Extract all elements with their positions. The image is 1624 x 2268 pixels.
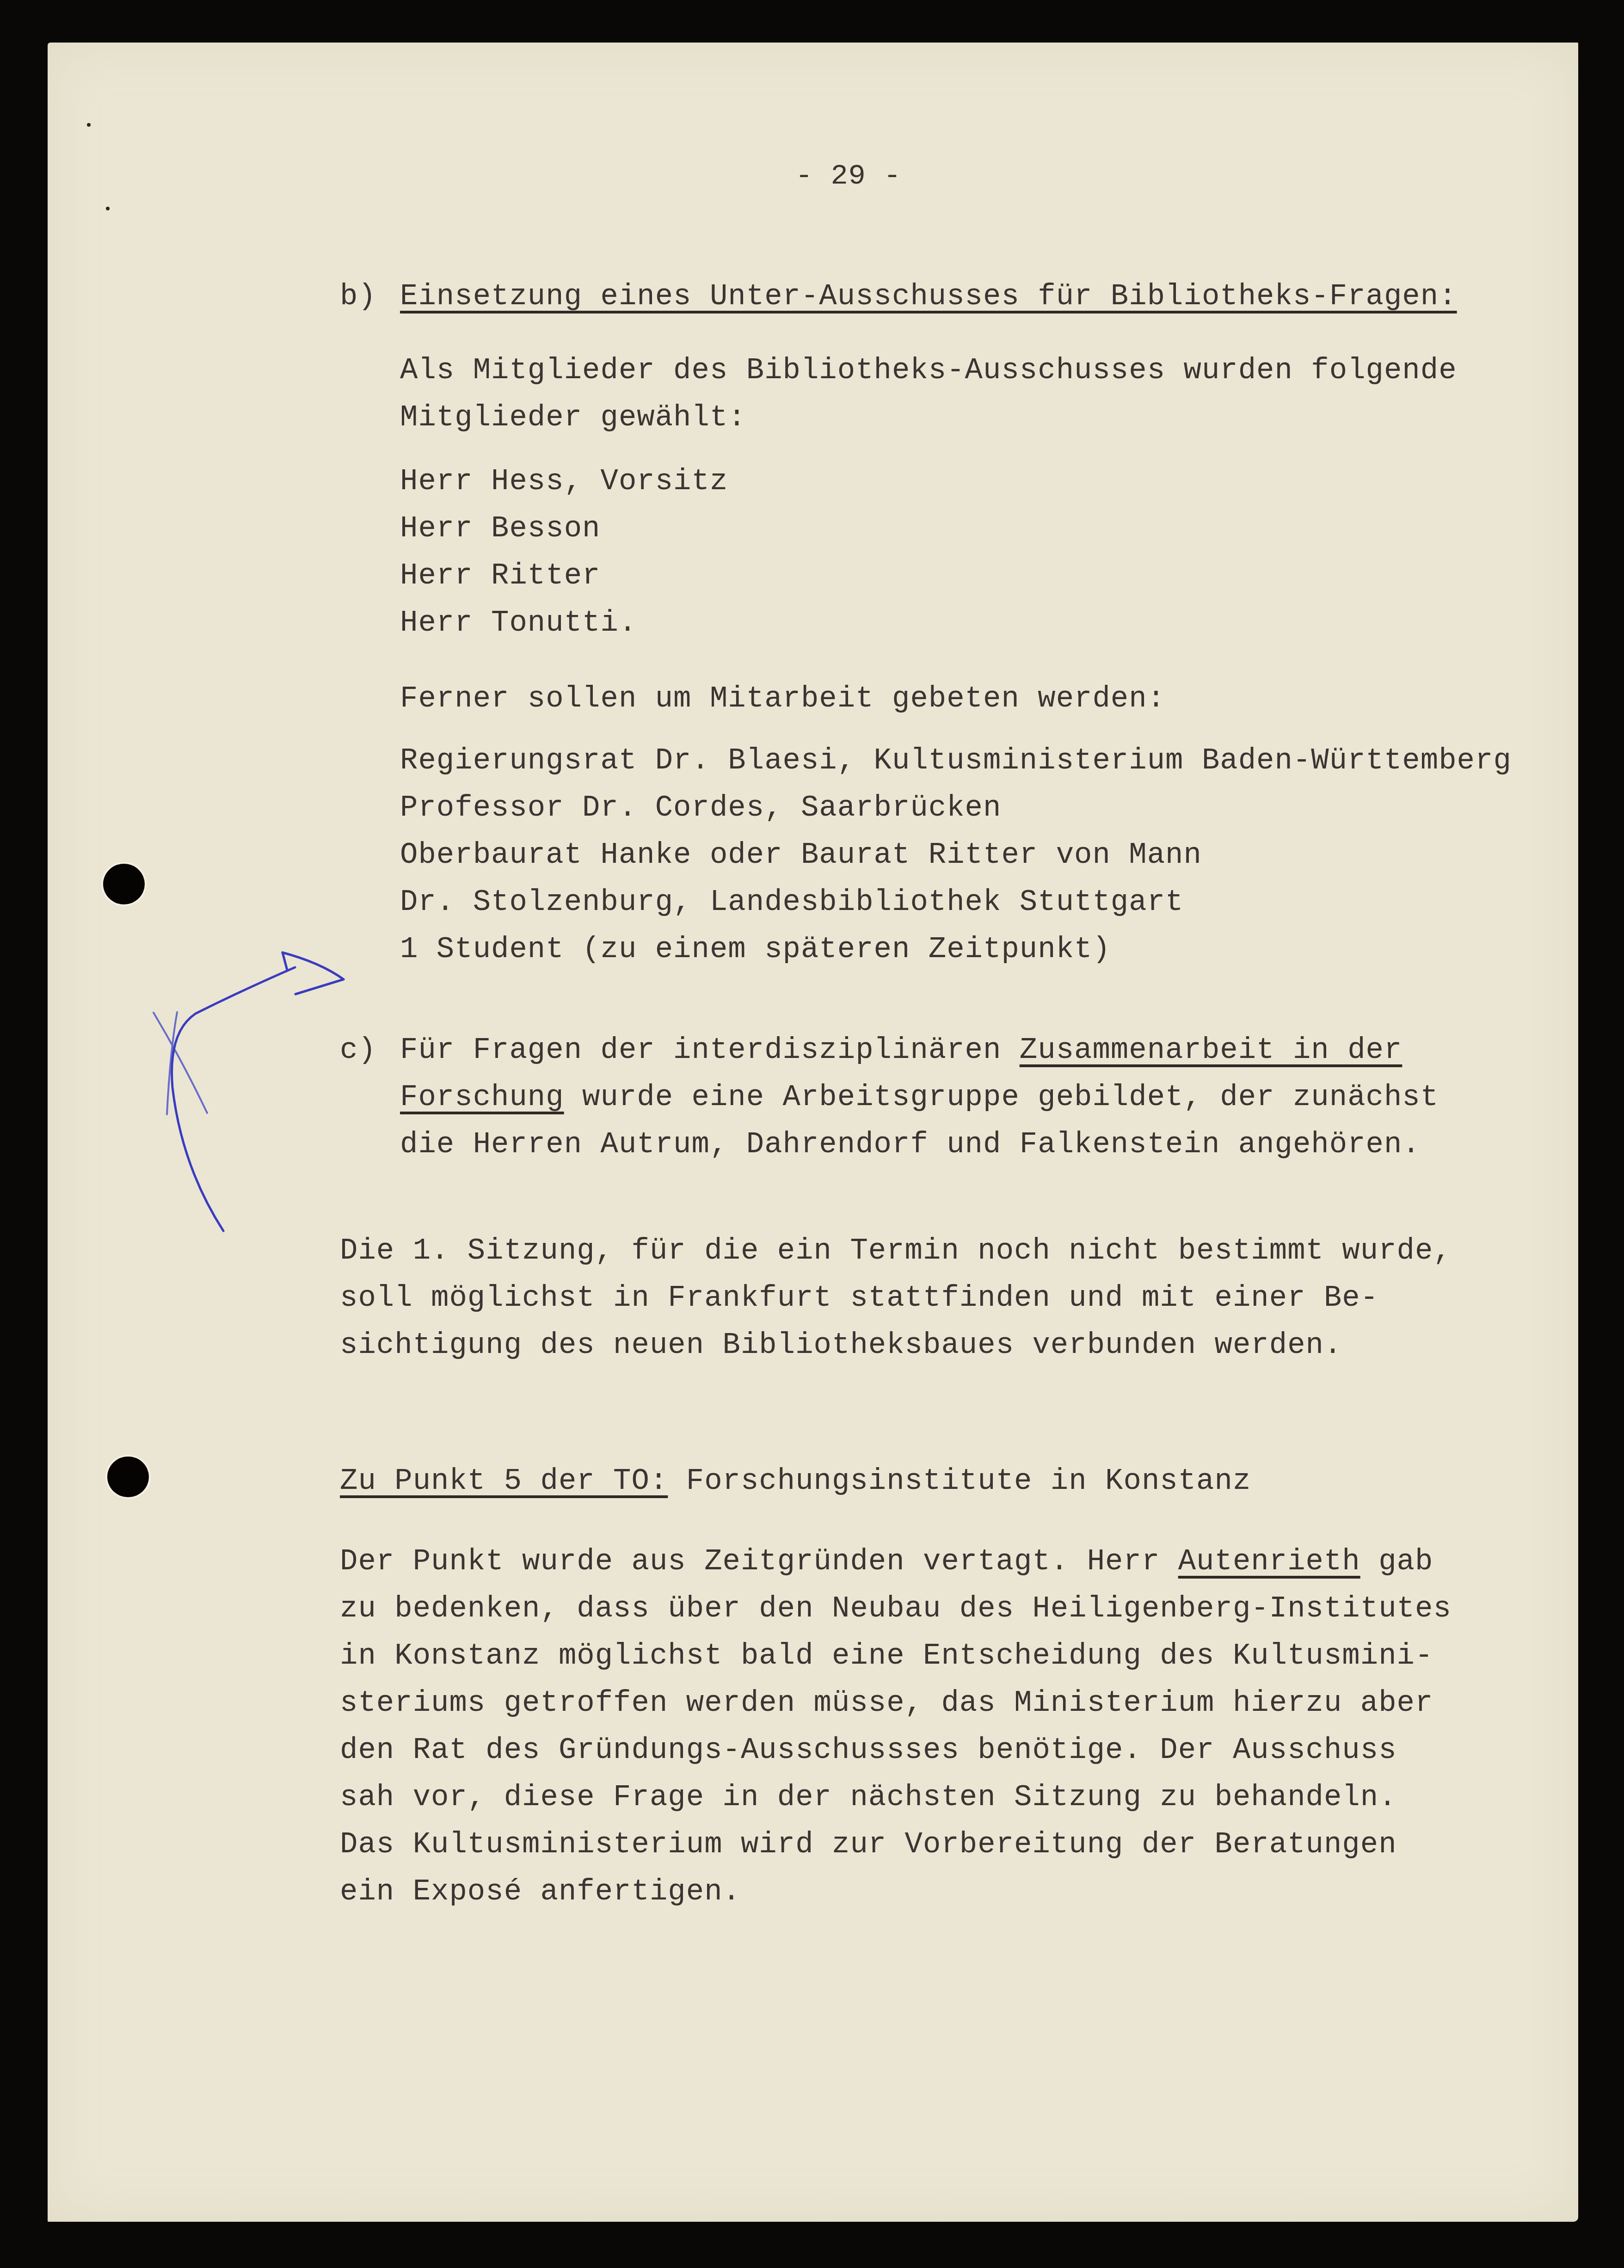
point5-line: zu bedenken, dass über den Neubau des He… bbox=[340, 1594, 1452, 1624]
member-list-item: Herr Ritter bbox=[400, 561, 600, 591]
section-c-marker: c) bbox=[340, 1036, 376, 1065]
point5-line: den Rat des Gründungs-Ausschussses benöt… bbox=[340, 1736, 1397, 1765]
further-member-item: Dr. Stolzenburg, Landesbibliothek Stuttg… bbox=[400, 888, 1183, 917]
section-b-heading: Einsetzung eines Unter-Ausschusses für B… bbox=[400, 282, 1457, 312]
section-c-line-2: Forschung wurde eine Arbeitsgruppe gebil… bbox=[400, 1083, 1439, 1112]
section-c-text: wurde eine Arbeitsgruppe gebildet, der z… bbox=[564, 1081, 1439, 1114]
section-c-text: Für Fragen der interdisziplinären bbox=[400, 1034, 1020, 1067]
member-list-item: Herr Tonutti. bbox=[400, 608, 637, 638]
further-member-item: Oberbaurat Hanke oder Baurat Ritter von … bbox=[400, 841, 1202, 870]
member-list-item: Herr Besson bbox=[400, 514, 600, 544]
point5-text: Der Punkt wurde aus Zeitgründen vertagt.… bbox=[340, 1545, 1178, 1579]
punch-hole-top bbox=[103, 864, 145, 904]
paper-speck bbox=[106, 207, 110, 210]
point5-line: sah vor, diese Frage in der nächsten Sit… bbox=[340, 1783, 1397, 1813]
section-b-marker: b) bbox=[340, 282, 376, 312]
page-number: - 29 - bbox=[795, 162, 901, 191]
punch-hole-bottom bbox=[107, 1457, 149, 1497]
point5-line: steriums getroffen werden müsse, das Min… bbox=[340, 1689, 1433, 1718]
further-member-item: Professor Dr. Cordes, Saarbrücken bbox=[400, 793, 1001, 823]
point5-line: in Konstanz möglichst bald eine Entschei… bbox=[340, 1641, 1433, 1671]
document-page: - 29 - b) Einsetzung eines Unter-Ausschu… bbox=[48, 43, 1578, 2222]
further-members-intro: Ferner sollen um Mitarbeit gebeten werde… bbox=[400, 684, 1165, 714]
section-c-line-1: Für Fragen der interdisziplinären Zusamm… bbox=[400, 1036, 1402, 1065]
handwritten-x-mark-icon bbox=[154, 1012, 207, 1114]
point5-line: ein Exposé anfertigen. bbox=[340, 1877, 741, 1907]
further-member-item: 1 Student (zu einem späteren Zeitpunkt) bbox=[400, 935, 1111, 965]
section-c-line-3: die Herren Autrum, Dahrendorf und Falken… bbox=[400, 1130, 1421, 1160]
section-b-intro-line: Mitglieder gewählt: bbox=[400, 403, 746, 433]
first-meeting-line: soll möglichst in Frankfurt stattfinden … bbox=[340, 1284, 1378, 1313]
section-c-underlined-text: Forschung bbox=[400, 1081, 564, 1114]
first-meeting-line: Die 1. Sitzung, für die ein Termin noch … bbox=[340, 1236, 1452, 1266]
point5-line: Das Kultusministerium wird zur Vorbereit… bbox=[340, 1830, 1397, 1860]
member-list-item: Herr Hess, Vorsitz bbox=[400, 467, 728, 497]
section-b-intro-line: Als Mitglieder des Bibliotheks-Ausschuss… bbox=[400, 356, 1457, 386]
point5-heading-title: Forschungsinstitute in Konstanz bbox=[668, 1465, 1251, 1498]
first-meeting-line: sichtigung des neuen Bibliotheksbaues ve… bbox=[340, 1331, 1342, 1360]
point5-heading: Zu Punkt 5 der TO: Forschungsinstitute i… bbox=[340, 1467, 1251, 1496]
point5-line: Der Punkt wurde aus Zeitgründen vertagt.… bbox=[340, 1547, 1433, 1577]
further-member-item: Regierungsrat Dr. Blaesi, Kultusminister… bbox=[400, 746, 1512, 776]
section-c-underlined-text: Zusammenarbeit in der bbox=[1020, 1034, 1403, 1067]
curved-arrow-icon bbox=[172, 953, 344, 1231]
point5-text: gab bbox=[1360, 1545, 1433, 1579]
paper-speck bbox=[87, 123, 91, 127]
point5-heading-underlined: Zu Punkt 5 der TO: bbox=[340, 1465, 668, 1498]
point5-underlined-name: Autenrieth bbox=[1178, 1545, 1360, 1579]
